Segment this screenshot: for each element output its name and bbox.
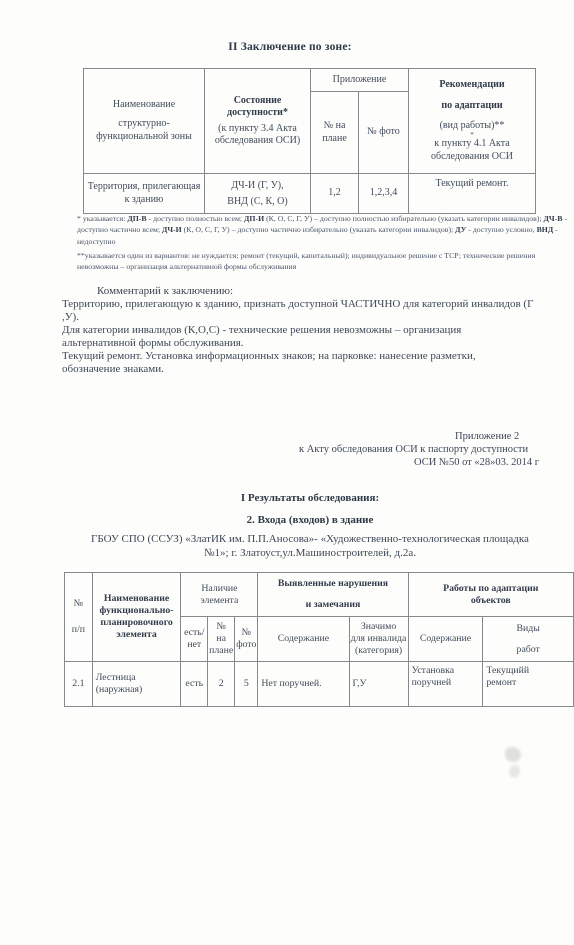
entrance-work-content-cell: Установка поручней [408,662,483,707]
work-types-line2: работ [484,644,572,656]
entrance-violation-content-cell: Нет поручней. [258,662,349,707]
zone-col-recommendation-header: Рекомендации по адаптации (вид работы)**… [409,69,536,174]
zone-name-cell: Территория, прилегающая к зданию [84,174,205,214]
zone-table-data-row: Территория, прилегающая к зданию ДЧ-И (Г… [84,174,536,214]
entrance-photo-cell: 5 [235,662,258,707]
zone-col-state-header: Состояние доступности* (к пункту 3.4 Акт… [205,69,311,174]
entrance-section-heading: 2. Входа (входов) в здание [18,514,574,526]
code-du: ДУ [455,225,466,234]
entrance-plan-cell: 2 [208,662,235,707]
entrance-work-types-cell: Текущийй ремонт [483,662,574,707]
appendix-ref-osi-date: ОСИ №50 от «28»03. 2014 г [414,457,539,468]
footnote1-seg: * указывается: [77,214,127,223]
entrance-col-work-content-header: Содержание [408,617,483,662]
zone-state-note: (к пункту 3.4 Акта обследования ОСИ) [207,123,308,148]
zone-rec-line4: к пункту 4.1 Акта обследования ОСИ [411,138,533,163]
entrance-group-presence: Наличие элемента [181,573,258,617]
page-title: II Заключение по зоне: [0,41,574,53]
code-dch-i: ДЧ-И [162,225,182,234]
entrance-significance-cell: Г,У [349,662,408,707]
ink-smudge [509,765,520,778]
commentary-line: Для категории инвалидов (К,О,С) - технич… [62,324,536,350]
zone-plan-cell: 1,2 [311,174,359,214]
zone-state-cell: ДЧ-И (Г, У), ВНД (С, К, О) [205,174,311,214]
zone-conclusion-table: Наименование структурно- функциональной … [83,68,536,214]
ink-smudge [505,747,521,762]
footnote1-seg: - доступно полностью всем; [147,214,244,223]
entrance-col-num-header: № п/п [65,573,93,662]
entrance-survey-table: № п/п Наименование функционально- планир… [64,572,574,707]
zone-col-name-header: Наименование структурно- функциональной … [84,69,205,174]
results-heading: I Результаты обследования: [18,492,574,504]
entrance-col-violation-content-header: Содержание [258,617,349,662]
zone-photo-cell: 1,2,3,4 [359,174,409,214]
code-dch-v: ДЧ-В [544,214,563,223]
commentary-line: Территорию, прилегающую к зданию, призна… [62,298,536,324]
code-dp-i: ДП-И [244,214,264,223]
zone-rec-line1: Рекомендации [411,79,533,92]
footnote1-seg: - доступно условно, [466,225,536,234]
entrance-presence-cell: есть [181,662,208,707]
footnote-accessibility-codes: * указывается: ДП-В - доступно полностью… [77,213,571,247]
organization-address-line1: ГБОУ СПО (ССУЗ) «ЗлатИК им. П.П.Аносова»… [18,532,574,546]
entrance-col-work-types-header: Виды работ [483,617,574,662]
violations-group-line2: и замечания [259,599,406,611]
commentary-line: Текущий ремонт. Установка информационных… [62,350,536,376]
zone-col-appendix-header: Приложение [311,69,409,92]
work-types-line1: Виды [484,623,572,635]
entrance-col-photo-header: № фото [235,617,258,662]
zone-col-name-line2: структурно- функциональной зоны [86,118,202,143]
footnote1-seg: (К, О, С, Г, У) – доступно частично изби… [182,225,455,234]
violations-group-line1: Выявленные нарушения [259,578,406,590]
entrance-table-group-header-row: № п/п Наименование функционально- планир… [65,573,574,617]
entrance-table-data-row: 2.1 Лестница (наружная) есть 2 5 Нет пор… [65,662,574,707]
entrance-col-significance-header: Значимо для инвалида (категория) [349,617,408,662]
scanned-document-page: II Заключение по зоне: Наименование стру… [0,0,574,945]
code-vnd: ВНД [537,225,554,234]
zone-state-title: Состояние доступности* [207,95,308,120]
entrance-col-plan-header: № на плане [208,617,235,662]
entrance-name-cell: Лестница (наружная) [92,662,181,707]
entrance-col-presence-header: есть/ нет [181,617,208,662]
appendix-ref-number: Приложение 2 [455,431,519,442]
footnote1-seg: (К, О, С, Г, У) – доступно полностью изб… [264,214,543,223]
appendix-ref-act: к Акту обследования ОСИ к паспорту досту… [299,444,528,455]
organization-address: ГБОУ СПО (ССУЗ) «ЗлатИК им. П.П.Аносова»… [18,532,574,560]
zone-col-name-line1: Наименование [86,99,202,112]
zone-col-plan-header: № на плане [311,92,359,174]
code-dp-v: ДП-В [127,214,146,223]
zone-recommendation-cell: Текущий ремонт. [409,174,536,214]
footnote-work-options: **указывается один из вариантов: не нужд… [77,250,571,273]
entrance-num-cell: 2.1 [65,662,93,707]
commentary-text: Территорию, прилегающую к зданию, призна… [62,298,536,376]
entrance-col-name-header: Наименование функционально- планировочно… [92,573,181,662]
organization-address-line2: №1»; г. Златоуст,ул.Машиностроителей, д.… [18,546,574,560]
zone-table-header-row: Наименование структурно- функциональной … [84,69,536,92]
zone-rec-line2: по адаптации [411,100,533,113]
entrance-group-violations: Выявленные нарушения и замечания [258,573,408,617]
entrance-group-works: Работы по адаптации объектов [408,573,573,617]
zone-col-photo-header: № фото [359,92,409,174]
commentary-heading: Комментарий к заключению: [97,285,233,297]
